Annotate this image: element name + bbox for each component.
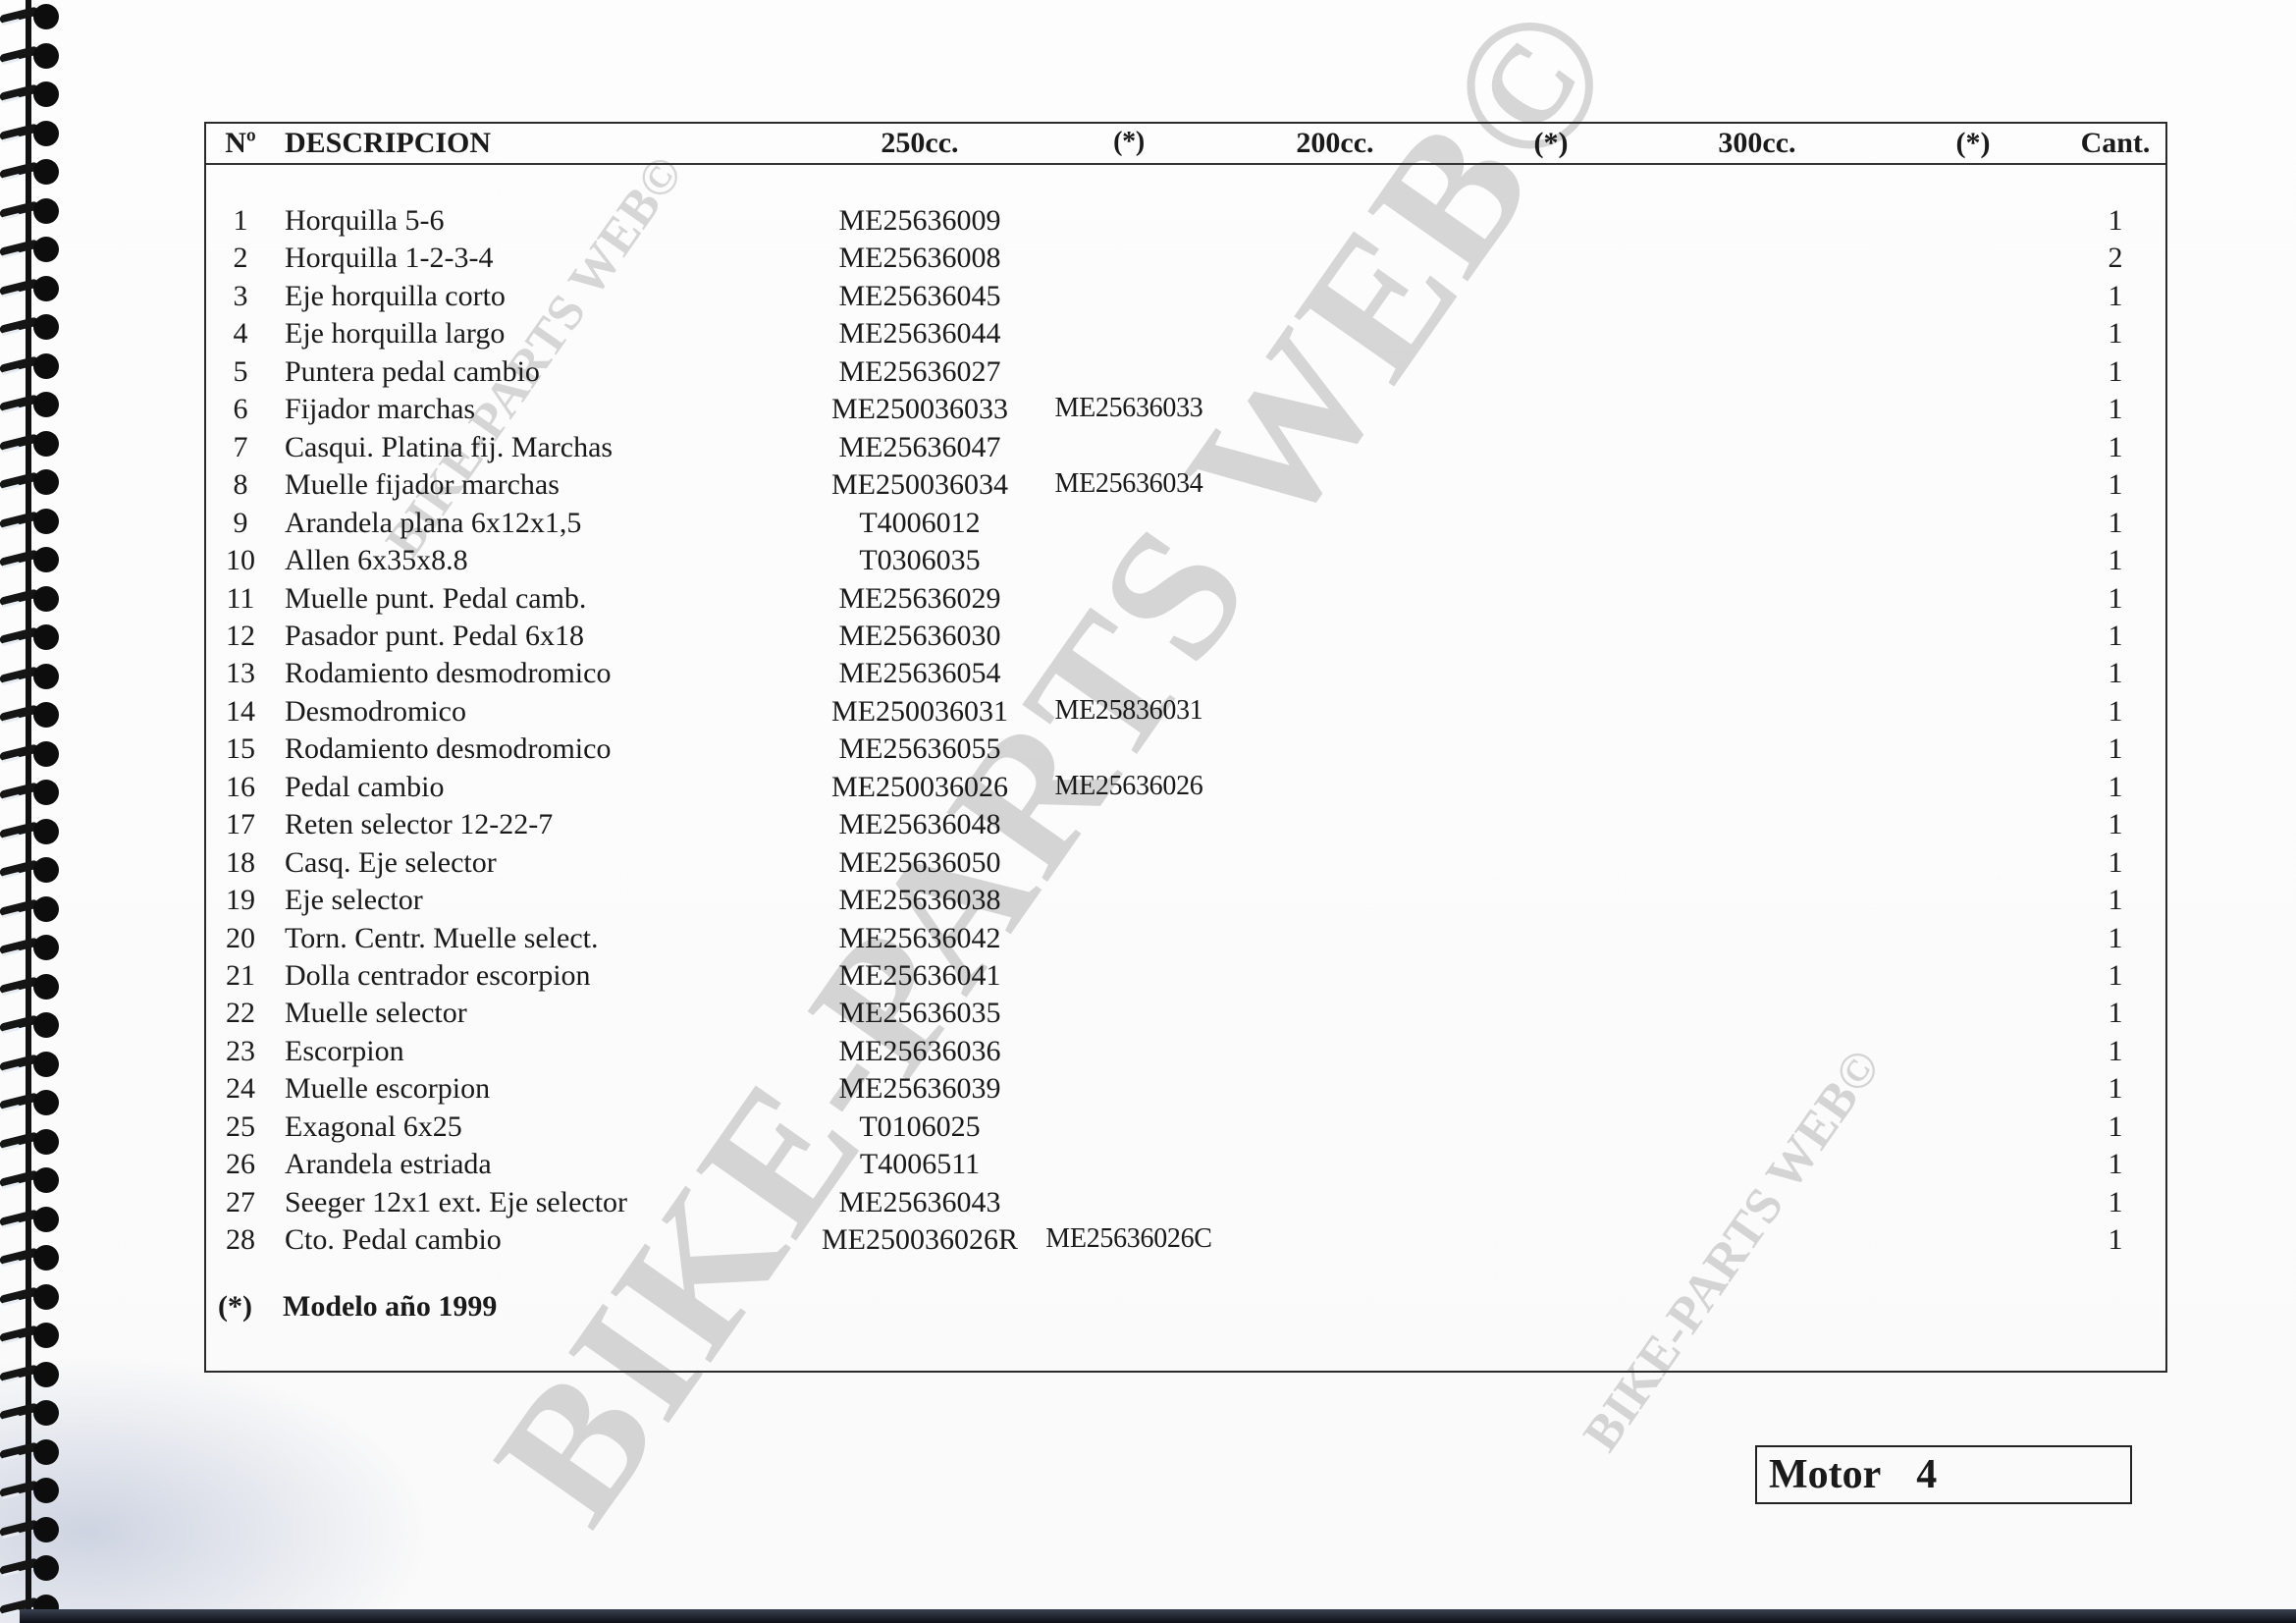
row-quantity: 1 [2052,507,2179,540]
row-description: Arandela estriada [285,1148,492,1181]
row-part-250cc: ME25636009 [795,204,1044,238]
row-quantity: 1 [2052,997,2179,1030]
binding-loop [0,509,61,536]
binding-loop [0,547,61,574]
binding-loop [0,780,61,807]
row-description: Exagonal 6x25 [285,1110,462,1144]
binding-loop [0,121,61,148]
row-part-250cc: ME25636055 [795,732,1044,766]
row-quantity: 1 [2052,204,2179,238]
header-num: Nº [206,127,275,160]
row-description: Eje horquilla corto [285,280,506,313]
row-part-250cc: T0106025 [795,1110,1044,1144]
binding-loop [0,4,61,31]
binding-loop [0,935,61,962]
row-number: 7 [206,431,275,464]
page-edge-shadow [20,1609,2296,1623]
binding-loop [0,43,61,71]
header-200cc: 200cc. [1247,127,1423,160]
binding-loop [0,1012,61,1040]
row-part-250cc-1999: ME25636026 [1041,771,1217,802]
section-label: Motor [1769,1452,1881,1497]
row-part-250cc: ME250036031 [795,695,1044,729]
binding-loop [0,741,61,769]
row-quantity: 1 [2052,771,2179,804]
row-description: Horquilla 1-2-3-4 [285,242,493,275]
row-part-250cc-1999: ME25836031 [1041,695,1217,727]
table-row: 6Fijador marchasME250036033ME256360331 [206,393,2165,430]
binding-loop [0,1362,61,1389]
binding-loop [0,624,61,652]
header-300cc: 300cc. [1659,127,1855,160]
table-row: 1Horquilla 5-6ME256360091 [206,204,2165,242]
binding-loop [0,857,61,885]
table-row: 3Eje horquilla cortoME256360451 [206,280,2165,317]
row-part-250cc: ME25636029 [795,582,1044,616]
footnote: (*)Modelo año 1999 [218,1290,497,1324]
header-star-200: (*) [1463,127,1639,160]
row-number: 23 [206,1035,275,1068]
row-description: Allen 6x35x8.8 [285,544,468,577]
binding-loop [0,314,61,342]
row-quantity: 1 [2052,468,2179,502]
table-row: 4Eje horquilla largoME256360441 [206,317,2165,354]
table-row: 15Rodamiento desmodromicoME256360551 [206,732,2165,770]
binding-loop [0,469,61,497]
binding-loop [0,1245,61,1272]
table-row: 24Muelle escorpionME256360391 [206,1072,2165,1109]
table-row: 19Eje selectorME256360381 [206,884,2165,921]
row-number: 15 [206,732,275,766]
binding-loop [0,1167,61,1195]
row-description: Escorpion [285,1035,404,1068]
row-quantity: 1 [2052,922,2179,955]
table-row: 12Pasador punt. Pedal 6x18ME256360301 [206,620,2165,657]
row-description: Rodamiento desmodromico [285,732,611,766]
table-row: 8Muelle fijador marchasME250036034ME2563… [206,468,2165,506]
row-part-250cc: ME250036026 [795,771,1044,804]
row-quantity: 1 [2052,582,2179,616]
row-number: 16 [206,771,275,804]
row-number: 19 [206,884,275,917]
row-part-250cc: ME250036026R [795,1223,1044,1257]
binding-loop [0,896,61,924]
binding-loop [0,353,61,381]
binding-loop [0,819,61,846]
row-description: Horquilla 5-6 [285,204,444,238]
row-part-250cc: ME250036034 [795,468,1044,502]
table-row: 13Rodamiento desmodromicoME256360541 [206,657,2165,694]
binding-loop [0,1052,61,1079]
row-part-250cc: ME25636030 [795,620,1044,653]
footnote-mark: (*) [218,1290,283,1324]
header-qty: Cant. [2052,127,2179,160]
row-number: 18 [206,846,275,880]
row-number: 26 [206,1148,275,1181]
row-quantity: 1 [2052,1148,2179,1181]
table-row: 25Exagonal 6x25T01060251 [206,1110,2165,1148]
row-quantity: 1 [2052,393,2179,426]
row-quantity: 1 [2052,732,2179,766]
table-row: 28Cto. Pedal cambioME250036026RME2563602… [206,1223,2165,1261]
header-star-300: (*) [1875,127,2071,160]
row-quantity: 1 [2052,695,2179,729]
row-part-250cc: ME25636027 [795,355,1044,389]
row-description: Torn. Centr. Muelle select. [285,922,598,955]
row-number: 25 [206,1110,275,1144]
row-part-250cc: ME25636042 [795,922,1044,955]
row-quantity: 1 [2052,808,2179,841]
row-number: 21 [206,959,275,993]
binding-loop [0,392,61,419]
row-quantity: 2 [2052,242,2179,275]
table-row: 10Allen 6x35x8.8T03060351 [206,544,2165,581]
binding-loop [0,1207,61,1234]
row-quantity: 1 [2052,544,2179,577]
binding-loop [0,159,61,187]
row-quantity: 1 [2052,1035,2179,1068]
table-row: 26Arandela estriadaT40065111 [206,1148,2165,1185]
row-quantity: 1 [2052,846,2179,880]
row-quantity: 1 [2052,884,2179,917]
section-page-number: 4 [1916,1452,1937,1497]
row-part-250cc: ME25636039 [795,1072,1044,1106]
row-number: 6 [206,393,275,426]
binding-loop [0,1555,61,1583]
binding-loop [0,81,61,109]
row-quantity: 1 [2052,1072,2179,1106]
row-part-250cc: ME25636047 [795,431,1044,464]
row-quantity: 1 [2052,280,2179,313]
row-description: Casq. Eje selector [285,846,497,880]
row-number: 14 [206,695,275,729]
row-number: 8 [206,468,275,502]
row-part-250cc: ME25636045 [795,280,1044,313]
row-number: 12 [206,620,275,653]
row-number: 5 [206,355,275,389]
row-part-250cc: ME25636043 [795,1186,1044,1219]
table-row: 11Muelle punt. Pedal camb.ME256360291 [206,582,2165,620]
row-description: Muelle fijador marchas [285,468,560,502]
table-row: 5Puntera pedal cambioME256360271 [206,355,2165,393]
row-number: 9 [206,507,275,540]
row-description: Casqui. Platina fij. Marchas [285,431,613,464]
row-description: Dolla centrador escorpion [285,959,591,993]
row-part-250cc: ME250036033 [795,393,1044,426]
table-row: 18Casq. Eje selectorME256360501 [206,846,2165,884]
row-description: Muelle escorpion [285,1072,490,1106]
row-quantity: 1 [2052,431,2179,464]
spiral-binding [0,0,69,1623]
binding-loop [0,1478,61,1505]
row-quantity: 1 [2052,317,2179,351]
row-number: 2 [206,242,275,275]
row-number: 11 [206,582,275,616]
parts-table: Nº DESCRIPCION 250cc. (*) 200cc. (*) 300… [204,122,2167,1373]
table-row: 27Seeger 12x1 ext. Eje selectorME2563604… [206,1186,2165,1223]
table-row: 17Reten selector 12-22-7ME256360481 [206,808,2165,845]
row-part-250cc-1999: ME25636033 [1041,393,1217,424]
header-star-250: (*) [1041,127,1217,158]
binding-loop [0,431,61,459]
row-description: Arandela plana 6x12x1,5 [285,507,581,540]
row-description: Fijador marchas [285,393,475,426]
table-row: 21Dolla centrador escorpionME256360411 [206,959,2165,997]
row-quantity: 1 [2052,1110,2179,1144]
row-description: Pasador punt. Pedal 6x18 [285,620,584,653]
binding-loop [0,1400,61,1428]
binding-loop [0,1439,61,1467]
table-row: 9Arandela plana 6x12x1,5T40060121 [206,507,2165,544]
row-part-250cc: ME25636008 [795,242,1044,275]
row-part-250cc: ME25636048 [795,808,1044,841]
row-description: Reten selector 12-22-7 [285,808,553,841]
row-quantity: 1 [2052,959,2179,993]
row-quantity: 1 [2052,620,2179,653]
row-description: Pedal cambio [285,771,444,804]
row-quantity: 1 [2052,1186,2179,1219]
binding-loop [0,1284,61,1312]
row-part-250cc: T4006012 [795,507,1044,540]
binding-loop [0,1517,61,1544]
table-row: 20Torn. Centr. Muelle select.ME256360421 [206,922,2165,959]
binding-loop [0,1090,61,1117]
row-description: Eje selector [285,884,423,917]
table-header: Nº DESCRIPCION 250cc. (*) 200cc. (*) 300… [206,124,2165,165]
row-number: 24 [206,1072,275,1106]
binding-loop [0,1323,61,1350]
table-row: 23EscorpionME256360361 [206,1035,2165,1072]
row-description: Eje horquilla largo [285,317,505,351]
row-description: Muelle selector [285,997,467,1030]
row-part-250cc: ME25636041 [795,959,1044,993]
row-description: Seeger 12x1 ext. Eje selector [285,1186,627,1219]
binding-loop [0,198,61,226]
binding-loop [0,664,61,691]
table-row: 22Muelle selectorME256360351 [206,997,2165,1034]
row-number: 17 [206,808,275,841]
table-row: 2Horquilla 1-2-3-4ME256360082 [206,242,2165,279]
row-quantity: 1 [2052,1223,2179,1257]
binding-loop [0,237,61,264]
row-part-250cc: ME25636054 [795,657,1044,690]
row-number: 27 [206,1186,275,1219]
footnote-text: Modelo año 1999 [283,1290,497,1323]
binding-loop [0,1129,61,1157]
header-250cc: 250cc. [795,127,1044,160]
row-part-250cc: ME25636050 [795,846,1044,880]
table-row: 14DesmodromicoME250036031ME258360311 [206,695,2165,732]
table-row: 16Pedal cambioME250036026ME256360261 [206,771,2165,808]
row-quantity: 1 [2052,355,2179,389]
row-number: 4 [206,317,275,351]
row-description: Desmodromico [285,695,466,729]
binding-loop [0,586,61,614]
section-label-box: Motor4 [1755,1445,2132,1504]
row-part-250cc: ME25636038 [795,884,1044,917]
row-part-250cc: T0306035 [795,544,1044,577]
row-description: Puntera pedal cambio [285,355,540,389]
row-part-250cc: T4006511 [795,1148,1044,1181]
row-part-250cc-1999: ME25636026C [1041,1223,1217,1255]
row-number: 3 [206,280,275,313]
row-quantity: 1 [2052,657,2179,690]
row-number: 28 [206,1223,275,1257]
row-description: Rodamiento desmodromico [285,657,611,690]
binding-loop [0,276,61,303]
binding-loop [0,974,61,1001]
row-part-250cc: ME25636035 [795,997,1044,1030]
row-number: 10 [206,544,275,577]
row-part-250cc: ME25636044 [795,317,1044,351]
row-number: 20 [206,922,275,955]
row-part-250cc-1999: ME25636034 [1041,468,1217,500]
row-part-250cc: ME25636036 [795,1035,1044,1068]
row-number: 1 [206,204,275,238]
header-description: DESCRIPCION [285,127,491,160]
row-description: Cto. Pedal cambio [285,1223,502,1257]
row-description: Muelle punt. Pedal camb. [285,582,586,616]
binding-loop [0,702,61,730]
row-number: 22 [206,997,275,1030]
table-row: 7Casqui. Platina fij. MarchasME256360471 [206,431,2165,468]
row-number: 13 [206,657,275,690]
